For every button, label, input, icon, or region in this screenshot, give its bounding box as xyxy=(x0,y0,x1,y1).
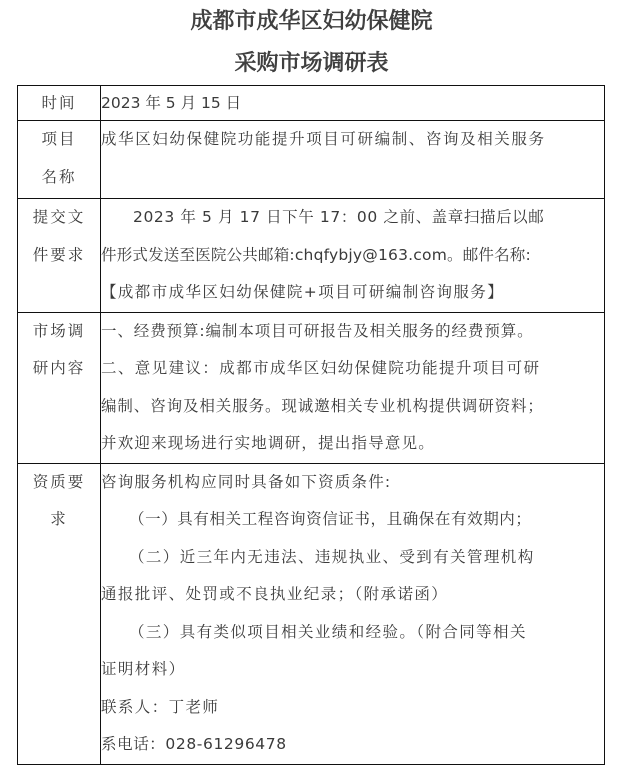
submission-text-line: 2023 年 5 月 17 日下午 17：00 之前、盖章扫描后以邮 xyxy=(101,199,604,237)
label-qualification-requirements: 资质要 求 xyxy=(18,463,101,764)
label-project-name: 项目 名称 xyxy=(18,121,101,199)
table-row-time: 时间 2023 年 5 月 15 日 xyxy=(18,86,605,121)
qualification-text-line: 咨询服务机构应同时具备如下资质条件: xyxy=(101,464,604,502)
qualification-item-3-cont: 证明材料） xyxy=(101,651,604,689)
table-row-project-name: 项目 名称 成华区妇幼保健院功能提升项目可研编制、咨询及相关服务 xyxy=(18,121,605,199)
label-text: 时间 xyxy=(18,86,100,120)
label-text: 市场调 xyxy=(18,313,100,351)
label-text: 项目 xyxy=(18,121,100,159)
label-text: 求 xyxy=(18,501,100,539)
qualification-item-2-cont: 通报批评、处罚或不良执业纪录；（附承诺函） xyxy=(101,576,604,614)
label-text: 名称 xyxy=(18,159,100,197)
table-row-market-research-content: 市场调 研内容 一、经费预算:编制本项目可研报告及相关服务的经费预算。 二、意见… xyxy=(18,312,605,463)
qualification-item-3: （三）具有类似项目相关业绩和经验。（附合同等相关 xyxy=(101,614,604,652)
qualification-item-2: （二）近三年内无违法、违规执业、受到有关管理机构 xyxy=(101,539,604,577)
qualification-item-1: （一）具有相关工程咨询资信证书，且确保在有效期内； xyxy=(101,501,604,539)
contact-phone: 系电话：028-61296478 xyxy=(101,726,604,764)
label-text: 件要求 xyxy=(18,237,100,275)
research-text-line: 二、意见建议：成都市成华区妇幼保健院功能提升项目可研 xyxy=(101,350,604,388)
submission-text-line: 【成都市成华区妇幼保健院+项目可研编制咨询服务】 xyxy=(101,274,604,312)
label-submission-requirements: 提交文 件要求 xyxy=(18,199,101,313)
label-market-research-content: 市场调 研内容 xyxy=(18,312,101,463)
label-time: 时间 xyxy=(18,86,101,121)
date-value: 2023 年 5 月 15 日 xyxy=(101,86,604,120)
document-title-line1: 成都市成华区妇幼保健院 xyxy=(0,4,623,35)
value-time: 2023 年 5 月 15 日 xyxy=(101,86,605,121)
project-name-text: 成华区妇幼保健院功能提升项目可研编制、咨询及相关服务 xyxy=(101,121,604,159)
value-submission-requirements: 2023 年 5 月 17 日下午 17：00 之前、盖章扫描后以邮 件形式发送… xyxy=(101,199,605,313)
contact-person: 联系人：丁老师 xyxy=(101,689,604,727)
label-text: 资质要 xyxy=(18,464,100,502)
research-text-line: 编制、咨询及相关服务。现诚邀相关专业机构提供调研资料； xyxy=(101,388,604,426)
research-text-line: 并欢迎来现场进行实地调研，提出指导意见。 xyxy=(101,425,604,463)
label-text: 研内容 xyxy=(18,350,100,388)
document-title-line2: 采购市场调研表 xyxy=(0,46,623,77)
value-market-research-content: 一、经费预算:编制本项目可研报告及相关服务的经费预算。 二、意见建议：成都市成华… xyxy=(101,312,605,463)
table-row-qualification-requirements: 资质要 求 咨询服务机构应同时具备如下资质条件: （一）具有相关工程咨询资信证书… xyxy=(18,463,605,764)
value-project-name: 成华区妇幼保健院功能提升项目可研编制、咨询及相关服务 xyxy=(101,121,605,199)
survey-form-table: 时间 2023 年 5 月 15 日 项目 名称 成华区妇幼保健院功能提升项目可… xyxy=(17,85,605,765)
submission-text-line: 件形式发送至医院公共邮箱:chqfybjy@163.com。邮件名称: xyxy=(101,237,604,275)
label-text: 提交文 xyxy=(18,199,100,237)
table-row-submission-requirements: 提交文 件要求 2023 年 5 月 17 日下午 17：00 之前、盖章扫描后… xyxy=(18,199,605,313)
research-text-line: 一、经费预算:编制本项目可研报告及相关服务的经费预算。 xyxy=(101,313,604,351)
value-qualification-requirements: 咨询服务机构应同时具备如下资质条件: （一）具有相关工程咨询资信证书，且确保在有… xyxy=(101,463,605,764)
